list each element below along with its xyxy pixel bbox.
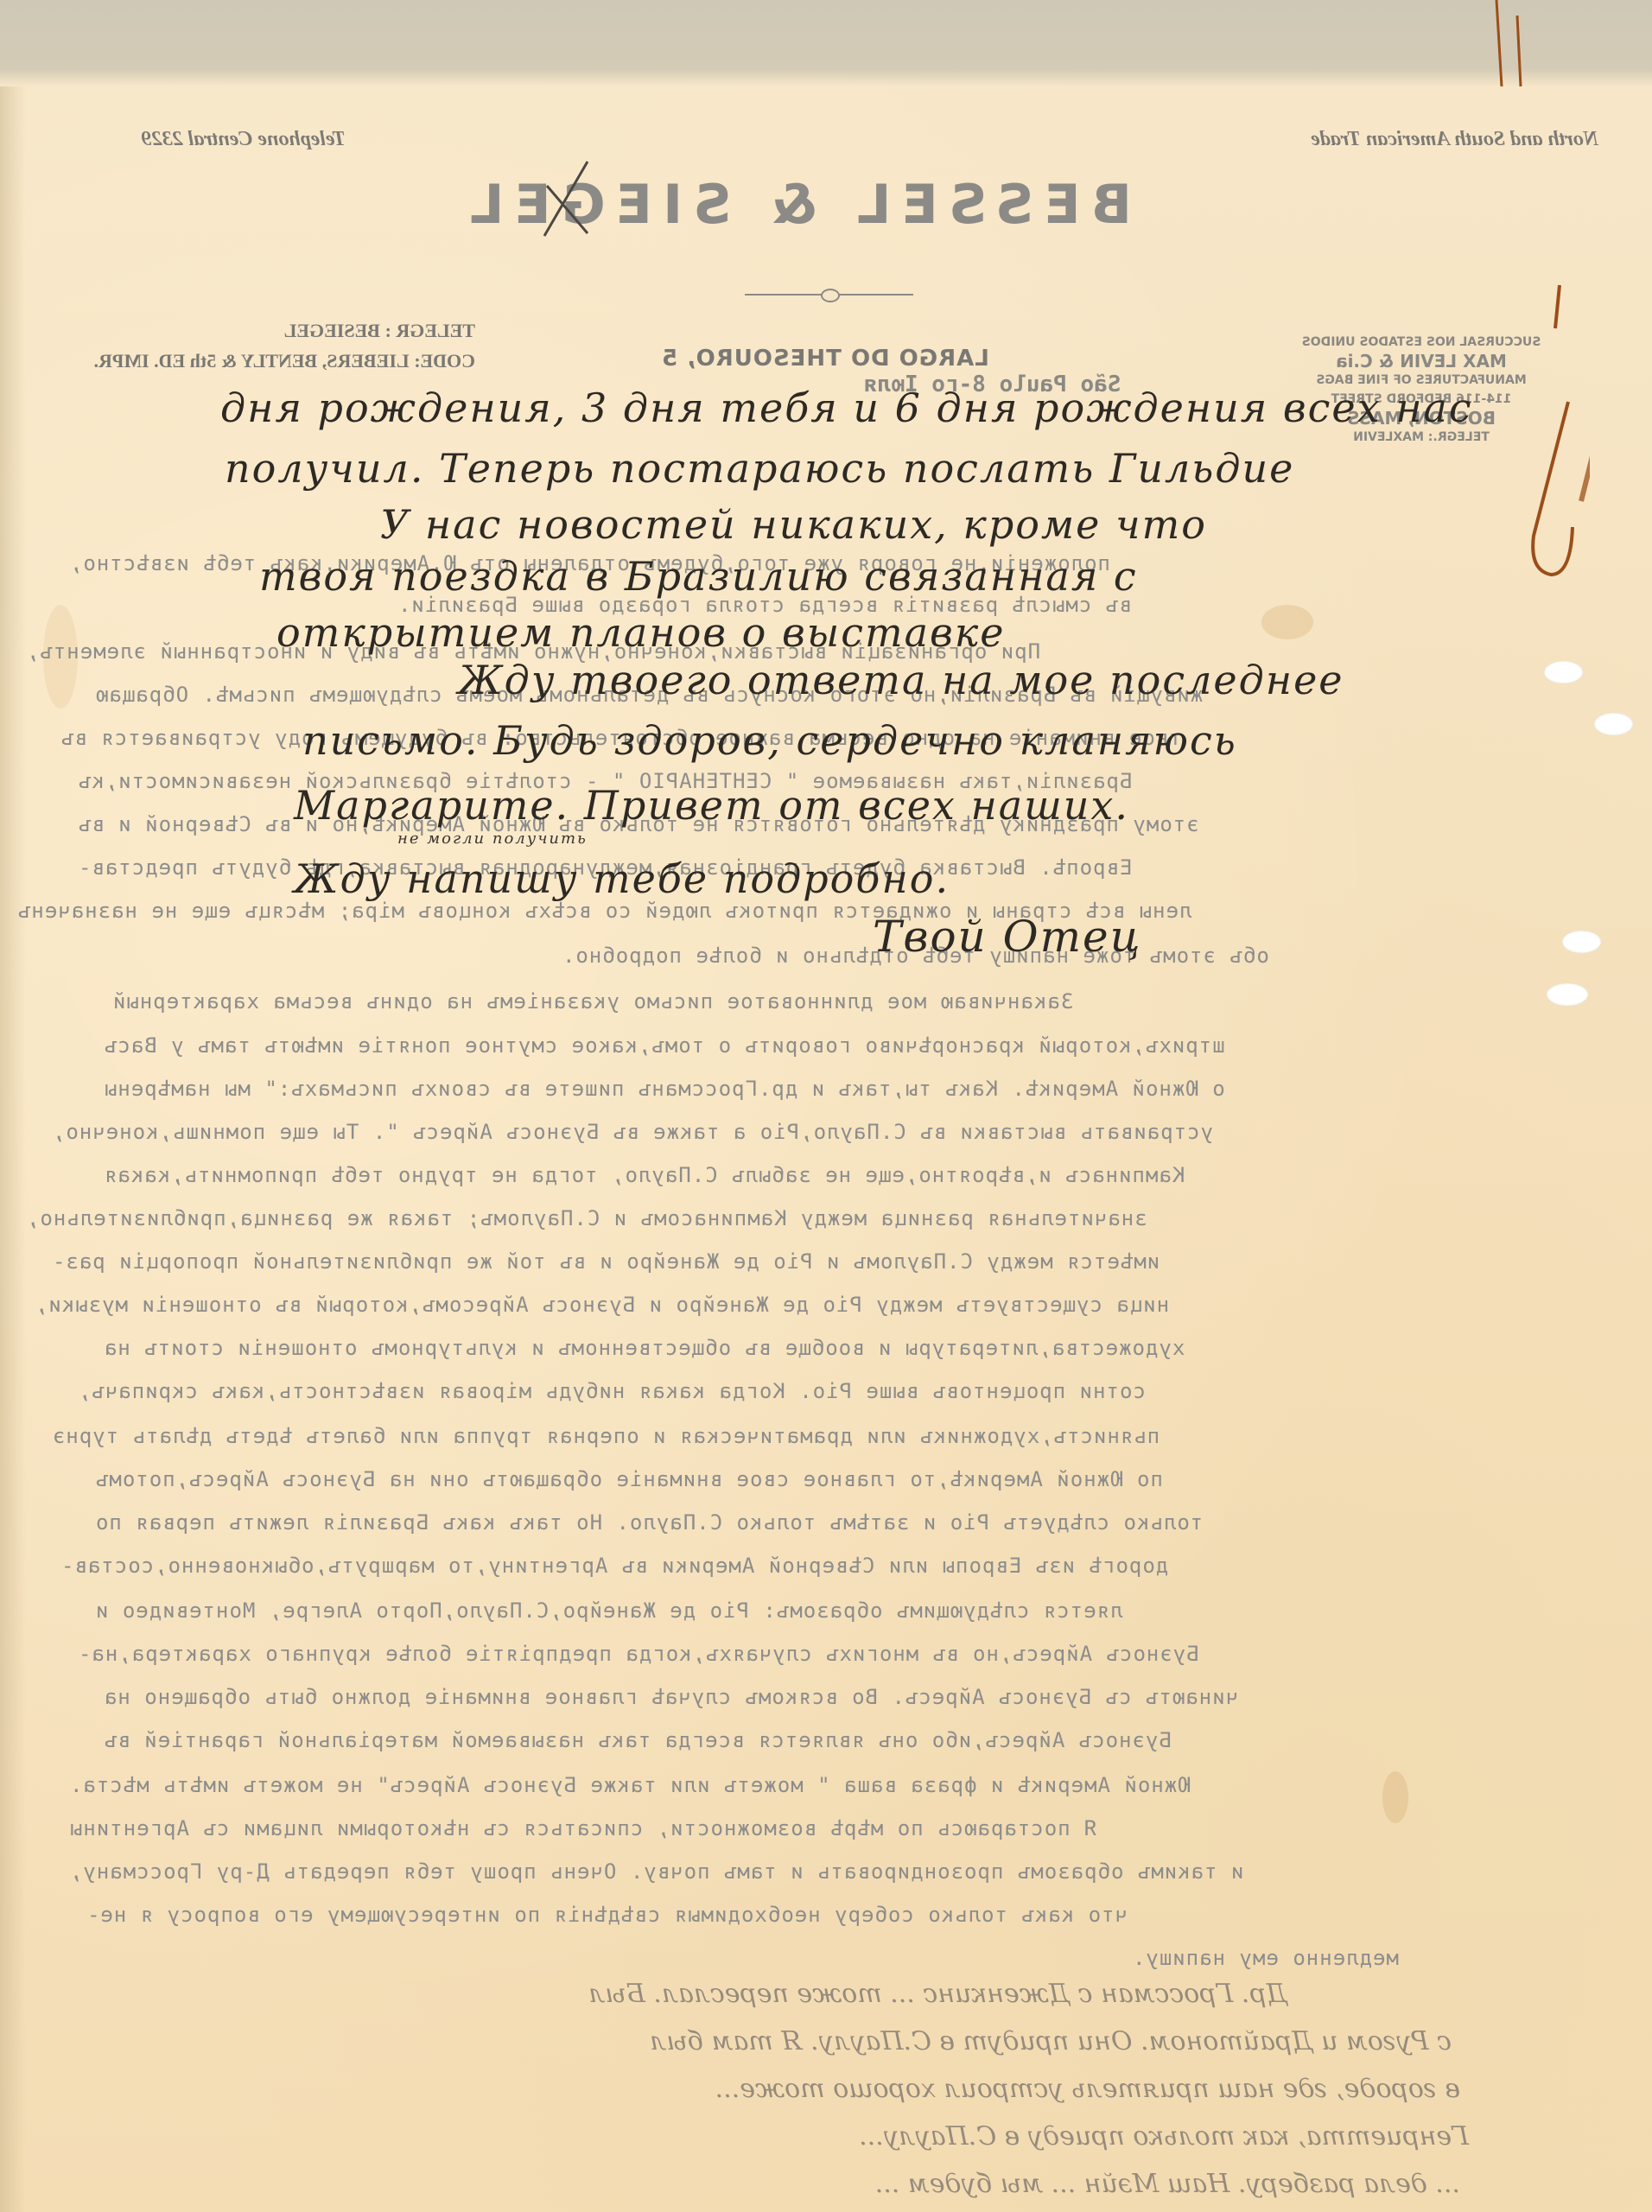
handwriting-line: Маргарите. Привет от всех наших.	[294, 782, 1129, 829]
handwriting-line: твоя поездка в Бразилию связанная с	[259, 553, 1138, 600]
rust-paperclip-stain	[1486, 0, 1590, 605]
letterhead-telephone: Telephone Central 2329	[78, 128, 346, 151]
typed-line: что какъ только соберу необходимыя свѣдѣ…	[86, 1903, 1452, 1927]
handwriting-line: Жду твоего ответа на мое последнее	[458, 657, 1344, 703]
typed-line: только слѣдуетъ Рiо и затѣмъ только С.Па…	[95, 1510, 1452, 1535]
typed-line: медленно ему напишу.	[1132, 1946, 1452, 1970]
punch-hole	[1544, 661, 1583, 683]
typed-line: имѣется между С.Пауломъ и Рiо де Жанейро…	[52, 1249, 1452, 1274]
letterhead-ornament	[745, 294, 913, 296]
punch-hole	[1547, 983, 1588, 1006]
typed-line: и такимъ образомъ прозондировать и тамъ …	[69, 1859, 1452, 1884]
letterhead-address: LARGO DO THESOURO, 5	[652, 346, 998, 372]
handwriting-line: У нас новостей никаких, кроме что	[380, 501, 1207, 548]
handwriting-line: открытием планов о выставке	[276, 609, 1005, 656]
typed-line: Заканчиваю мое длинноватое письмо указан…	[112, 989, 1391, 1014]
handwriting-line: письмо. Будь здоров, сердечно кланяюсь	[302, 717, 1237, 764]
faint-handwriting-line: с Ругом и Драйтоном. Они придут в С.Паул…	[130, 2026, 1452, 2056]
typed-line: по Южной Америкѣ,то главное свое вниманi…	[95, 1467, 1452, 1491]
handwriting-line: получил. Теперь постараюсь послать Гильд…	[225, 445, 1294, 492]
typed-line: устраивать выставки въ С.Пауло,Рiо а так…	[52, 1120, 1452, 1144]
typed-line: ляется слѣдующимъ образомъ: Рiо де Жаней…	[95, 1599, 1452, 1623]
typed-line: штрихъ,который краснорѣчиво говоритъ о т…	[104, 1033, 1452, 1058]
typed-line: Южной Америкѣ и фраза ваша " можетъ или …	[69, 1773, 1452, 1797]
typed-line: значительная разница между Кампинасомъ и…	[26, 1206, 1452, 1230]
typed-line: Буэносъ Айресъ,но въ многихъ случаяхъ,ко…	[78, 1642, 1452, 1666]
interlinear-note: не могли получить	[397, 829, 588, 848]
strike-x-mark	[540, 160, 592, 238]
typed-line: дорогѣ изъ Европы или Сѣверной Америки в…	[60, 1554, 1452, 1578]
punch-hole	[1594, 713, 1633, 735]
letterhead-code: CODE: LIEBERS, BENTLY & 5th ED. IMPR.	[78, 350, 475, 372]
scan-top-shadow	[0, 0, 1652, 86]
faint-handwriting-line: Генриетта, как только приеду в С.Паулу..…	[86, 2121, 1469, 2152]
typed-line: Я постараюсь по мѣрѣ возможности, списат…	[69, 1816, 1382, 1840]
handwriting-line: Жду напишу тебе подробно.	[294, 855, 950, 902]
typed-line: Кампинасъ и,вѣроятно,еще не забылъ С.Пау…	[104, 1163, 1452, 1187]
faint-handwriting-line: в городе, где наш приятель устроил хорош…	[78, 2074, 1460, 2104]
faint-handwriting-line: ... дела разберу. Наш Мэйн ... мы будем …	[78, 2169, 1460, 2199]
typed-line: сотни процентовъ выше Рiо. Когда какая н…	[78, 1379, 1452, 1403]
letterhead-company: BESSEL & SIEGEL	[527, 173, 1132, 236]
typed-line: лены всѣ страны и ожидается притокъ люде…	[17, 899, 1452, 923]
punch-hole	[1562, 931, 1601, 953]
typed-line: чинаютъ съ Буэносъ Айресъ. Во всякомъ сл…	[104, 1685, 1452, 1709]
letterhead-telegraph: TELEGR : BESIEGEL	[251, 320, 475, 342]
signature: Твой Отец	[873, 912, 1142, 962]
handwriting-line: дня рождения, 3 дня тебя и 6 дня рождени…	[220, 385, 1473, 431]
typed-line: пьянистъ,художникъ или драматическая и о…	[52, 1424, 1452, 1448]
typed-line: о Южной Америкѣ. Какъ ты,такъ и др.Гросс…	[104, 1077, 1452, 1101]
typed-line: ница существуетъ между Рiо де Жанейро и …	[35, 1293, 1452, 1317]
typed-line: Буэносъ Айресъ,ибо онъ является всегда т…	[104, 1728, 1452, 1752]
faint-handwriting-line: Др. Гроссман с Дженкинс ... тоже пересла…	[86, 1979, 1287, 2009]
typed-line: художества,литературы и вообще въ общест…	[104, 1336, 1452, 1360]
paper-left-edge	[0, 86, 26, 2212]
